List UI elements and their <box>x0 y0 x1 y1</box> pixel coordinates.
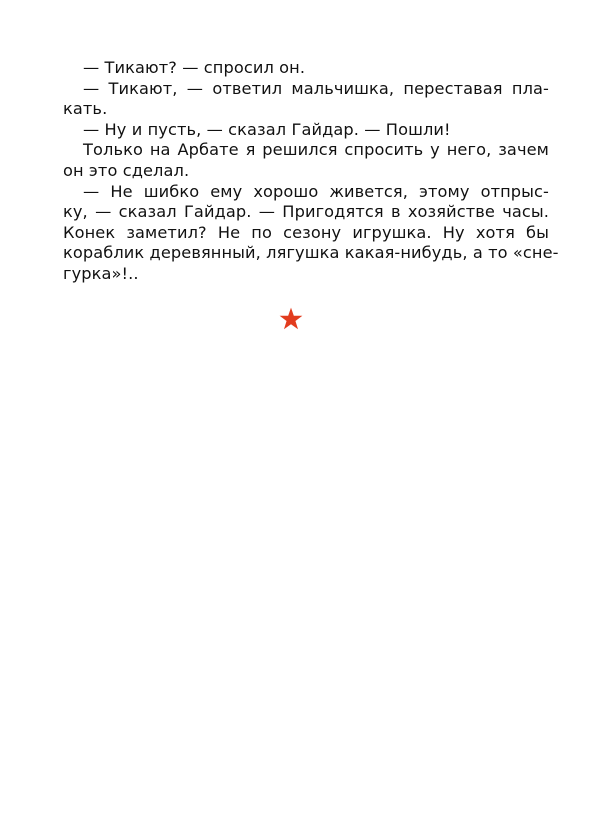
text-line: Конек заметил? Не по сезону игрушка. Ну … <box>63 223 549 244</box>
text-line: — Не шибко ему хорошо живется, этому отп… <box>63 182 549 203</box>
text-line: он это сделал. <box>63 161 549 182</box>
text-line: Только на Арбате я решился спросить у не… <box>63 140 549 161</box>
text-line: — Ну и пусть, — сказал Гайдар. — Пошли! <box>63 120 549 141</box>
text-line: кораблик деревянный, лягушка какая-нибуд… <box>63 243 549 264</box>
text-line: гурка»!.. <box>63 264 549 285</box>
text-body: — Тикают? — спросил он.— Тикают, — ответ… <box>63 58 549 285</box>
text-line: — Тикают? — спросил он. <box>63 58 549 79</box>
text-line: ку, — сказал Гайдар. — Пригодятся в хозя… <box>63 202 549 223</box>
star-icon <box>278 306 304 332</box>
text-line: — Тикают, — ответил мальчишка, перестава… <box>63 79 549 100</box>
text-line: кать. <box>63 99 549 120</box>
